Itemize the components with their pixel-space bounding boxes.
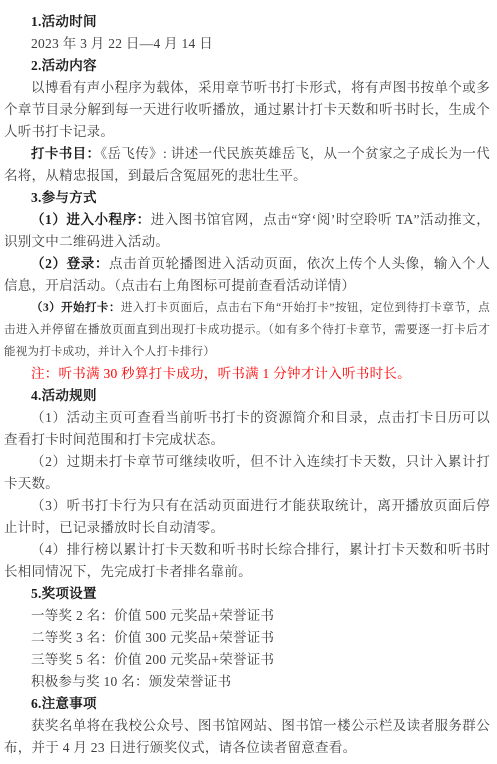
section-heading-participation: 3.参与方式 — [4, 187, 490, 209]
checkin-rule-note: 注：听书满 30 秒算打卡成功，听书满 1 分钟才计入听书时长。 — [4, 363, 490, 385]
rule-3-paragraph: （3）听书打卡行为只有在活动页面进行才能获取统计，离开播放页面后停止计时，已记录… — [4, 495, 490, 539]
participation-step-1: （1）进入小程序：进入图书馆官网，点击“穿‘阅’时空聆听 TA”活动推文，识别文… — [4, 209, 490, 253]
rule-2-paragraph: （2）过期未打卡章节可继续收听，但不计入连续打卡天数，只计入累计打卡天数。 — [4, 451, 490, 495]
activity-content-paragraph: 以博看有声小程序为载体，采用章节听书打卡形式，将有声图书按单个或多个章节目录分解… — [4, 77, 490, 143]
section-heading-notes: 6.注意事项 — [4, 693, 490, 715]
section-heading-activity-time: 1.活动时间 — [4, 11, 490, 33]
participation-step-3-label: （3）开始打卡： — [31, 302, 121, 314]
participation-step-2-label: （2）登录： — [31, 256, 109, 271]
section-heading-rules: 4.活动规则 — [4, 385, 490, 407]
activity-date-line: 2023 年 3 月 22 日—4 月 14 日 — [4, 33, 490, 55]
rule-1-paragraph: （1）活动主页可查看当前听书打卡的资源简介和目录，点击打卡日历可以查看打卡时间范… — [4, 407, 490, 451]
prize-line-second: 二等奖 3 名：价值 300 元奖品+荣誉证书 — [4, 627, 490, 649]
prize-line-third: 三等奖 5 名：价值 200 元奖品+荣誉证书 — [4, 649, 490, 671]
notes-paragraph: 获奖名单将在我校公众号、图书馆网站、图书馆一楼公示栏及读者服务群公布，并于 4 … — [4, 715, 490, 759]
participation-step-1-label: （1）进入小程序： — [31, 212, 151, 227]
section-heading-prizes: 5.奖项设置 — [4, 583, 490, 605]
participation-step-3: （3）开始打卡：进入打卡页面后，点击右下角“开始打卡”按钮，定位到待打卡章节，点… — [4, 297, 490, 363]
participation-step-2: （2）登录：点击首页轮播图进入活动页面，依次上传个人头像，输入个人信息，开启活动… — [4, 253, 490, 297]
rule-4-paragraph: （4）排行榜以累计打卡天数和听书时长综合排行，累计打卡天数和听书时长相同情况下，… — [4, 539, 490, 583]
prize-line-participation: 积极参与奖 10 名：颁发荣誉证书 — [4, 671, 490, 693]
book-list-paragraph: 打卡书目：《岳飞传》: 讲述一代民族英雄岳飞，从一个贫家之子成长为一代名将，从精… — [4, 143, 490, 187]
book-list-label: 打卡书目： — [31, 146, 100, 161]
section-heading-activity-content: 2.活动内容 — [4, 55, 490, 77]
prize-line-first: 一等奖 2 名：价值 500 元奖品+荣誉证书 — [4, 605, 490, 627]
document-page: 1.活动时间 2023 年 3 月 22 日—4 月 14 日 2.活动内容 以… — [0, 0, 497, 764]
